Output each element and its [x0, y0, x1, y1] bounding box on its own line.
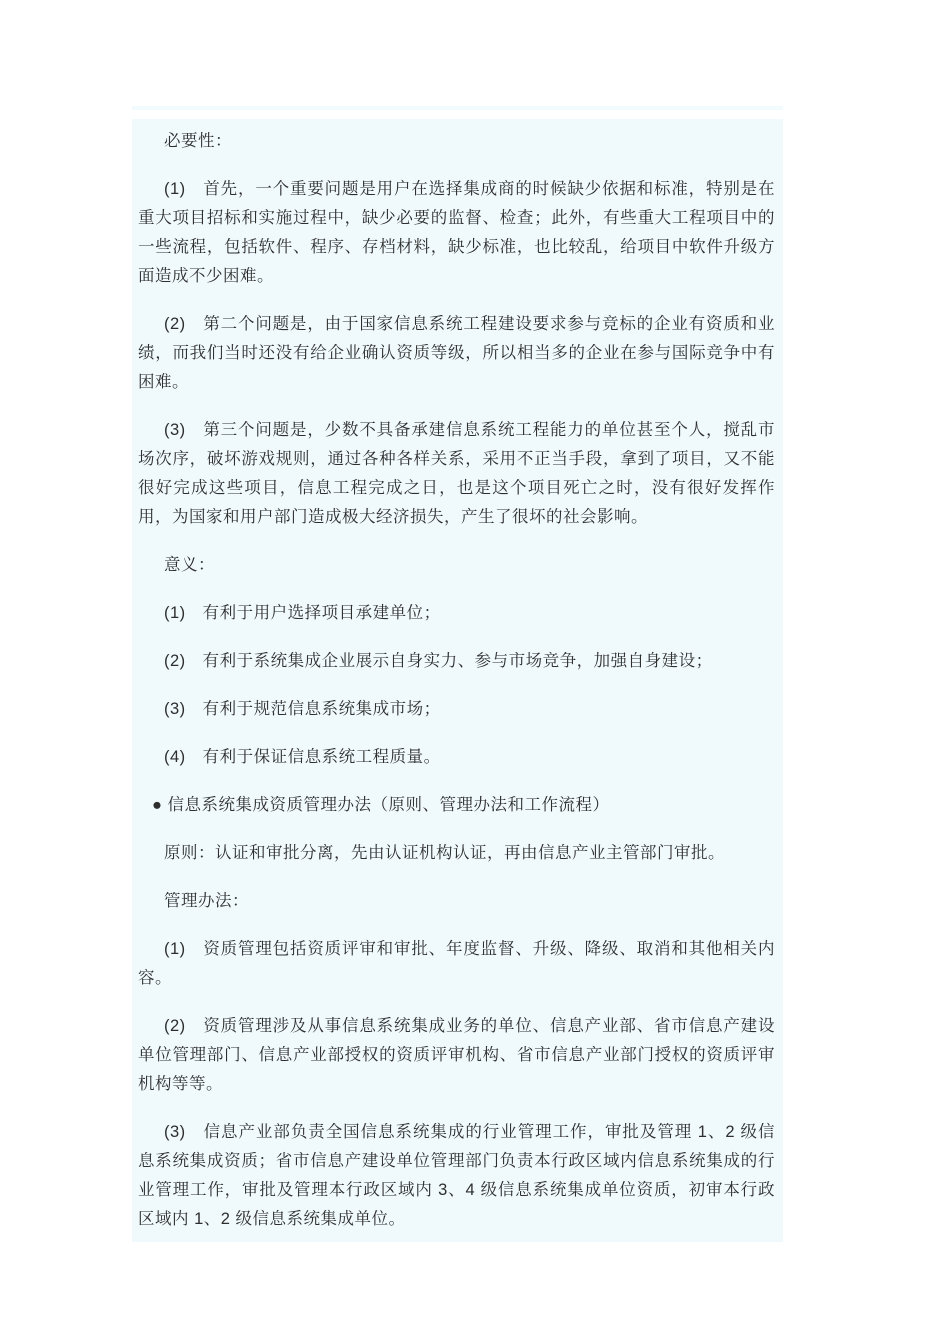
- management-item-2: (2) 资质管理涉及从事信息系统集成业务的单位、信息产业部、省市信息产建设单位管…: [138, 1012, 775, 1099]
- significance-item-3: (3) 有利于规范信息系统集成市场；: [138, 695, 775, 724]
- necessity-item-3: (3) 第三个问题是，少数不具备承建信息系统工程能力的单位甚至个人，搅乱市场次序…: [138, 416, 775, 532]
- document-text-panel: 必要性： (1) 首先，一个重要问题是用户在选择集成商的时候缺少依据和标准，特别…: [132, 119, 783, 1242]
- significance-item-4: (4) 有利于保证信息系统工程质量。: [138, 743, 775, 772]
- heading-significance: 意义：: [138, 551, 775, 580]
- heading-necessity: 必要性：: [138, 127, 775, 156]
- principle-line: 原则：认证和审批分离，先由认证机构认证，再由信息产业主管部门审批。: [138, 839, 775, 868]
- management-item-3: (3) 信息产业部负责全国信息系统集成的行业管理工作，审批及管理 1、2 级信息…: [138, 1118, 775, 1234]
- significance-item-2: (2) 有利于系统集成企业展示自身实力、参与市场竞争，加强自身建设；: [138, 647, 775, 676]
- management-item-1: (1) 资质管理包括资质评审和审批、年度监督、升级、降级、取消和其他相关内容。: [138, 935, 775, 993]
- necessity-item-1: (1) 首先，一个重要问题是用户在选择集成商的时候缺少依据和标准，特别是在重大项…: [138, 175, 775, 291]
- heading-management-measures: 管理办法：: [138, 887, 775, 916]
- necessity-item-2: (2) 第二个问题是，由于国家信息系统工程建设要求参与竞标的企业有资质和业绩，而…: [138, 310, 775, 397]
- bullet-qualification-measures-title: ● 信息系统集成资质管理办法（原则、管理办法和工作流程）: [138, 791, 775, 820]
- document-page: 必要性： (1) 首先，一个重要问题是用户在选择集成商的时候缺少依据和标准，特别…: [0, 0, 950, 1320]
- significance-item-1: (1) 有利于用户选择项目承建单位；: [138, 599, 775, 628]
- highlight-remnant-strip: [132, 106, 783, 110]
